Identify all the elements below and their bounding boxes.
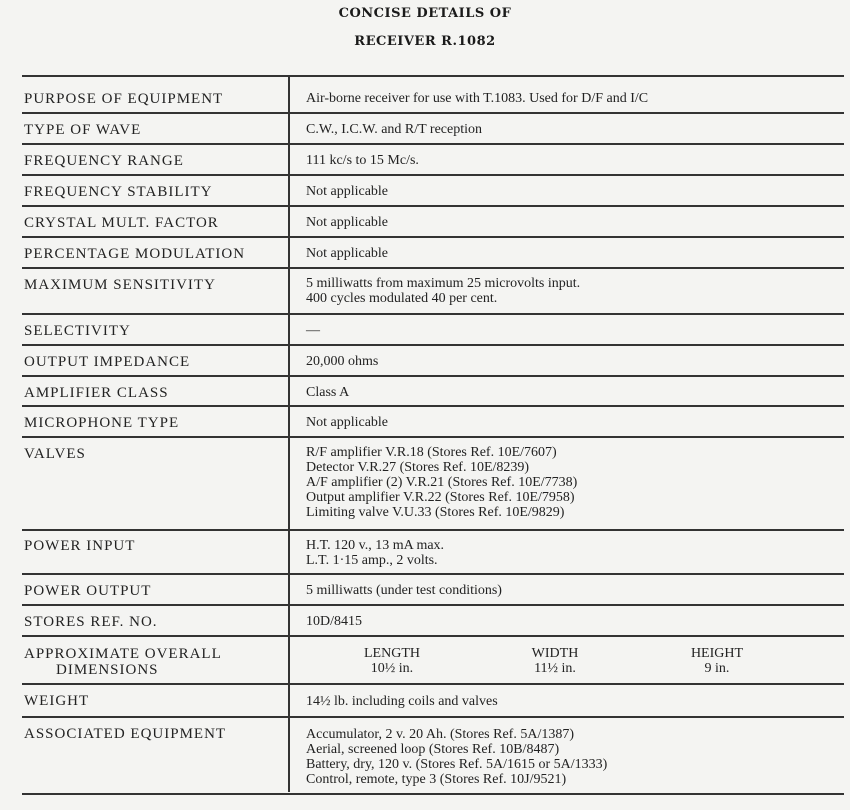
dimension-height-label: HEIGHT <box>667 646 767 661</box>
row-value-line: Control, remote, type 3 (Stores Ref. 10J… <box>306 772 566 787</box>
row-label: TYPE OF WAVE <box>24 122 141 138</box>
row-value: 10D/8415 <box>306 614 362 629</box>
row-value: 5 milliwatts (under test conditions) <box>306 583 502 598</box>
table-row: VALVES R/F amplifier V.R.18 (Stores Ref.… <box>22 438 844 531</box>
row-value-line: Accumulator, 2 v. 20 Ah. (Stores Ref. 5A… <box>306 727 574 742</box>
row-value-line: L.T. 1·15 amp., 2 volts. <box>306 553 438 568</box>
row-label: PERCENTAGE MODULATION <box>24 246 245 262</box>
table-row: STORES REF. NO. 10D/8415 <box>22 606 844 637</box>
row-label: SELECTIVITY <box>24 323 131 339</box>
table-row: FREQUENCY STABILITY Not applicable <box>22 176 844 207</box>
row-value-line: Output amplifier V.R.22 (Stores Ref. 10E… <box>306 490 575 505</box>
table-row: APPROXIMATE OVERALL DIMENSIONS LENGTH 10… <box>22 637 844 685</box>
table-row: MAXIMUM SENSITIVITY 5 milliwatts from ma… <box>22 269 844 315</box>
row-value: — <box>306 323 320 338</box>
table-row: WEIGHT 14½ lb. including coils and valve… <box>22 685 844 718</box>
row-label-continued: DIMENSIONS <box>56 662 159 678</box>
table-row: POWER OUTPUT 5 milliwatts (under test co… <box>22 575 844 606</box>
table-row: MICROPHONE TYPE Not applicable <box>22 407 844 438</box>
table-row: TYPE OF WAVE C.W., I.C.W. and R/T recept… <box>22 114 844 145</box>
table-row: CRYSTAL MULT. FACTOR Not applicable <box>22 207 844 238</box>
row-value-line: Limiting valve V.U.33 (Stores Ref. 10E/9… <box>306 505 564 520</box>
row-value-line: R/F amplifier V.R.18 (Stores Ref. 10E/76… <box>306 445 557 460</box>
row-label: AMPLIFIER CLASS <box>24 385 169 401</box>
dimension-width-label: WIDTH <box>505 646 605 661</box>
row-label: OUTPUT IMPEDANCE <box>24 354 190 370</box>
row-value-line: Aerial, screened loop (Stores Ref. 10B/8… <box>306 742 559 757</box>
row-label: ASSOCIATED EQUIPMENT <box>24 726 226 742</box>
table-row: POWER INPUT H.T. 120 v., 13 mA max. L.T.… <box>22 531 844 575</box>
table-row: PERCENTAGE MODULATION Not applicable <box>22 238 844 269</box>
document-title: CONCISE DETAILS OF <box>0 6 850 21</box>
row-value: Not applicable <box>306 415 388 430</box>
row-label: POWER OUTPUT <box>24 583 151 599</box>
table-row: ASSOCIATED EQUIPMENT Accumulator, 2 v. 2… <box>22 718 844 795</box>
row-value-line: Battery, dry, 120 v. (Stores Ref. 5A/161… <box>306 757 607 772</box>
row-label: FREQUENCY RANGE <box>24 153 184 169</box>
row-value-line: A/F amplifier (2) V.R.21 (Stores Ref. 10… <box>306 475 577 490</box>
document-subtitle: RECEIVER R.1082 <box>0 34 850 49</box>
dimension-length-value: 10½ in. <box>342 661 442 676</box>
table-row: FREQUENCY RANGE 111 kc/s to 15 Mc/s. <box>22 145 844 176</box>
row-value: Not applicable <box>306 215 388 230</box>
row-value-line: H.T. 120 v., 13 mA max. <box>306 538 444 553</box>
row-value: 14½ lb. including coils and valves <box>306 694 498 709</box>
row-value: Not applicable <box>306 246 388 261</box>
table-row: SELECTIVITY — <box>22 315 844 346</box>
row-label: WEIGHT <box>24 693 89 709</box>
row-label: MICROPHONE TYPE <box>24 415 179 431</box>
row-value: Not applicable <box>306 184 388 199</box>
row-value: C.W., I.C.W. and R/T reception <box>306 122 482 137</box>
row-label: VALVES <box>24 446 86 462</box>
row-value: Air-borne receiver for use with T.1083. … <box>306 91 648 106</box>
dimension-height-value: 9 in. <box>667 661 767 676</box>
row-value-line: Detector V.R.27 (Stores Ref. 10E/8239) <box>306 460 529 475</box>
table-row: OUTPUT IMPEDANCE 20,000 ohms <box>22 346 844 377</box>
table-row: AMPLIFIER CLASS Class A <box>22 377 844 407</box>
row-label: FREQUENCY STABILITY <box>24 184 213 200</box>
row-label: PURPOSE OF EQUIPMENT <box>24 91 223 107</box>
row-label: APPROXIMATE OVERALL <box>24 646 222 662</box>
row-value: 20,000 ohms <box>306 354 378 369</box>
row-label: CRYSTAL MULT. FACTOR <box>24 215 219 231</box>
table-row: PURPOSE OF EQUIPMENT Air-borne receiver … <box>22 77 844 114</box>
row-value-line: 5 milliwatts from maximum 25 microvolts … <box>306 276 580 291</box>
row-label: STORES REF. NO. <box>24 614 158 630</box>
row-value: Class A <box>306 385 349 400</box>
row-label: POWER INPUT <box>24 538 135 554</box>
dimension-length-label: LENGTH <box>342 646 442 661</box>
dimension-width-value: 11½ in. <box>505 661 605 676</box>
row-value: 111 kc/s to 15 Mc/s. <box>306 153 419 168</box>
row-label: MAXIMUM SENSITIVITY <box>24 277 216 293</box>
row-value-line: 400 cycles modulated 40 per cent. <box>306 291 497 306</box>
